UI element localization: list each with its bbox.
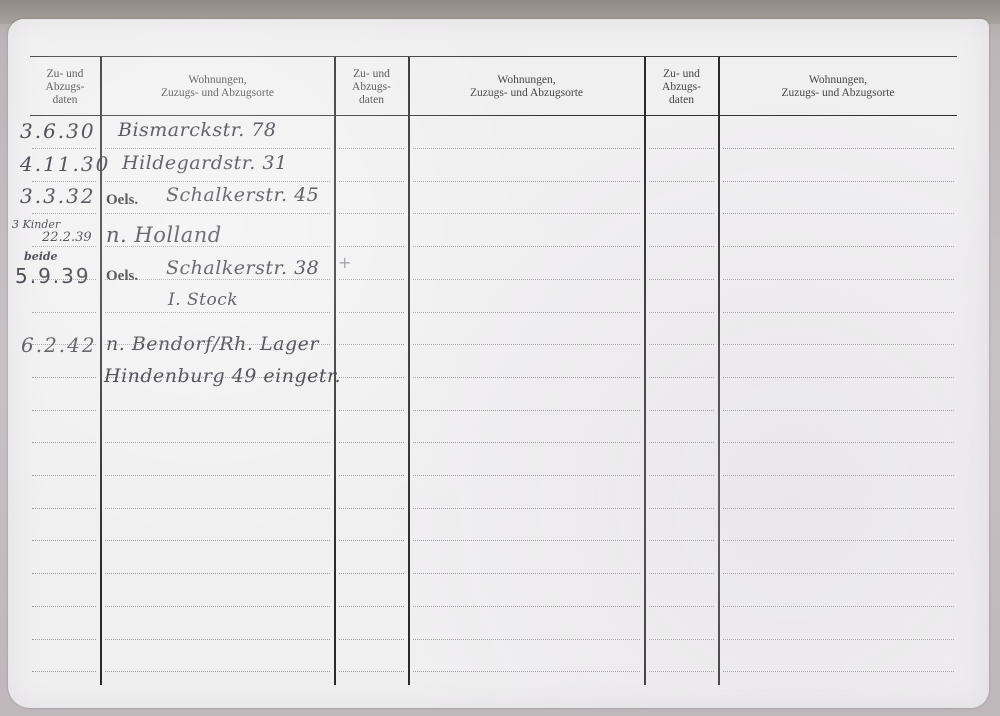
dotted-rule xyxy=(723,377,954,378)
dotted-rule xyxy=(413,442,640,443)
dotted-rule xyxy=(649,639,714,640)
dotted-rule xyxy=(105,671,330,672)
dotted-rule xyxy=(649,475,714,476)
dotted-rule xyxy=(339,181,404,182)
dotted-rule xyxy=(649,508,714,509)
dotted-rule xyxy=(339,148,404,149)
dotted-rule xyxy=(649,606,714,607)
dotted-rule xyxy=(413,639,640,640)
dotted-rule xyxy=(723,442,954,443)
dotted-rule xyxy=(105,442,330,443)
entry-date: 5.9.39 xyxy=(15,264,91,288)
entry-place-line2: Hindenburg 49 eingetr. xyxy=(104,365,341,387)
dotted-rule xyxy=(105,475,330,476)
dotted-rule xyxy=(105,540,330,541)
entry-date-note: beide xyxy=(24,250,58,263)
dotted-rule xyxy=(413,246,640,247)
column-divider xyxy=(718,57,720,685)
dotted-rule xyxy=(32,475,96,476)
entry-date: 3.3.32 xyxy=(20,184,96,208)
header-places-1: Wohnungen,Zuzugs- und Abzugsorte xyxy=(101,59,334,115)
entry-date: 3.6.30 xyxy=(20,119,96,143)
dotted-rule xyxy=(413,181,640,182)
dotted-rule xyxy=(723,606,954,607)
dotted-rule xyxy=(649,671,714,672)
dotted-rule xyxy=(413,540,640,541)
dotted-rule xyxy=(32,671,96,672)
dotted-rule xyxy=(32,148,96,149)
dotted-rule xyxy=(723,312,954,313)
entry-date: 4.11.30 xyxy=(20,152,110,176)
dotted-rule xyxy=(723,246,954,247)
header-dates-3: Zu- undAbzugs-daten xyxy=(645,59,718,115)
entry-place: Hildegardstr. 31 xyxy=(122,152,288,174)
dotted-rule xyxy=(413,573,640,574)
dotted-rule xyxy=(413,671,640,672)
dotted-rule xyxy=(649,181,714,182)
dotted-rule xyxy=(32,410,96,411)
dotted-rule xyxy=(723,410,954,411)
dotted-rule xyxy=(413,312,640,313)
pencil-mark: + xyxy=(338,253,351,272)
dotted-rule xyxy=(32,377,96,378)
dotted-rule xyxy=(649,148,714,149)
dotted-rule xyxy=(105,312,330,313)
header-dates-1: Zu- undAbzugs-daten xyxy=(30,59,100,115)
city-stamp: Oels. xyxy=(106,268,138,285)
dotted-rule xyxy=(32,540,96,541)
dotted-rule xyxy=(32,181,96,182)
dotted-rule xyxy=(413,377,640,378)
dotted-rule xyxy=(649,246,714,247)
dotted-rule xyxy=(413,475,640,476)
dotted-rule xyxy=(32,508,96,509)
dotted-rule xyxy=(339,671,404,672)
dotted-rule xyxy=(32,312,96,313)
dotted-rule xyxy=(339,442,404,443)
entry-place: n. Bendorf/Rh. Lager xyxy=(106,333,319,355)
dotted-rule xyxy=(413,410,640,411)
dotted-rule xyxy=(32,573,96,574)
column-divider xyxy=(644,57,646,685)
registration-card: Zu- undAbzugs-daten Wohnungen,Zuzugs- un… xyxy=(8,19,989,708)
entry-place: n. Holland xyxy=(106,223,222,247)
dotted-rule xyxy=(413,508,640,509)
dotted-rule xyxy=(723,148,954,149)
entry-place-line2: I. Stock xyxy=(168,290,238,310)
dotted-rule xyxy=(413,279,640,280)
dotted-rule xyxy=(649,377,714,378)
dotted-rule xyxy=(413,344,640,345)
dotted-rule xyxy=(649,573,714,574)
dotted-rule xyxy=(413,148,640,149)
dotted-rule xyxy=(105,213,330,214)
header-rule xyxy=(30,115,957,116)
dotted-rule xyxy=(105,148,330,149)
dotted-rule xyxy=(723,508,954,509)
dotted-rule xyxy=(413,213,640,214)
dotted-rule xyxy=(339,344,404,345)
dotted-rule xyxy=(723,181,954,182)
entry-place: Schalkerstr. 38 xyxy=(166,257,319,279)
dotted-rule xyxy=(339,540,404,541)
entry-place: Bismarckstr. 78 xyxy=(118,119,277,141)
column-divider xyxy=(408,57,410,685)
dotted-rule xyxy=(105,606,330,607)
dotted-rule xyxy=(32,606,96,607)
dotted-rule xyxy=(105,181,330,182)
dotted-rule xyxy=(32,639,96,640)
dotted-rule xyxy=(723,573,954,574)
dotted-rule xyxy=(339,475,404,476)
entry-date: 22.2.39 xyxy=(42,230,92,245)
top-rule xyxy=(30,56,957,57)
dotted-rule xyxy=(105,508,330,509)
dotted-rule xyxy=(413,606,640,607)
dotted-rule xyxy=(339,312,404,313)
dotted-rule xyxy=(339,246,404,247)
dotted-rule xyxy=(339,508,404,509)
dotted-rule xyxy=(649,540,714,541)
header-places-3: Wohnungen,Zuzugs- und Abzugsorte xyxy=(719,59,957,115)
dotted-rule xyxy=(649,442,714,443)
dotted-rule xyxy=(339,639,404,640)
dotted-rule xyxy=(723,475,954,476)
dotted-rule xyxy=(339,279,404,280)
dotted-rule xyxy=(723,344,954,345)
header-places-2: Wohnungen,Zuzugs- und Abzugsorte xyxy=(409,59,644,115)
entry-place: Schalkerstr. 45 xyxy=(166,184,319,206)
city-stamp: Oels. xyxy=(106,192,138,209)
dotted-rule xyxy=(723,213,954,214)
dotted-rule xyxy=(649,410,714,411)
dotted-rule xyxy=(105,410,330,411)
dotted-rule xyxy=(723,279,954,280)
dotted-rule xyxy=(649,213,714,214)
dotted-rule xyxy=(649,279,714,280)
dotted-rule xyxy=(105,573,330,574)
dotted-rule xyxy=(649,312,714,313)
dotted-rule xyxy=(723,639,954,640)
dotted-rule xyxy=(339,573,404,574)
dotted-rule xyxy=(723,671,954,672)
header-dates-2: Zu- undAbzugs-daten xyxy=(335,59,408,115)
entry-date: 6.2.42 xyxy=(21,333,97,357)
dotted-rule xyxy=(105,639,330,640)
dotted-rule xyxy=(339,410,404,411)
dotted-rule xyxy=(723,540,954,541)
dotted-rule xyxy=(339,377,404,378)
dotted-rule xyxy=(649,344,714,345)
dotted-rule xyxy=(339,213,404,214)
dotted-rule xyxy=(32,213,96,214)
dotted-rule xyxy=(339,606,404,607)
dotted-rule xyxy=(32,246,96,247)
dotted-rule xyxy=(32,442,96,443)
